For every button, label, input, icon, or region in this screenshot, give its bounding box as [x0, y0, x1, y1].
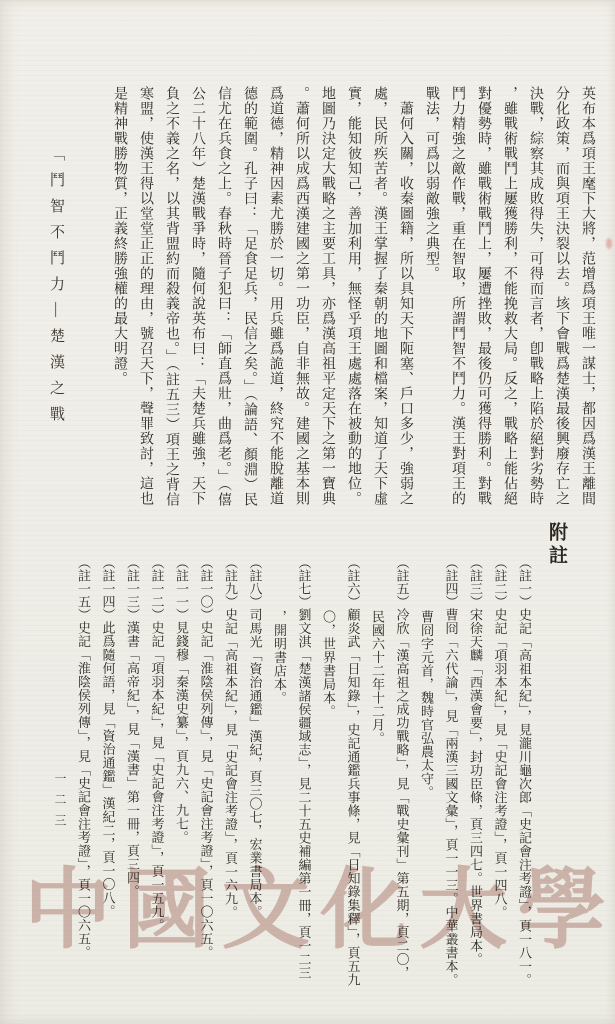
note-text: 劉文淇「楚漢諸侯疆域志」，見二十五史補編第一冊，頁一二三，開明書店本。	[272, 608, 312, 980]
note-label: （註三）	[468, 556, 483, 608]
note-item: （註一五）史記「淮陰侯列傳」，見「史記會注考證」，頁一〇六五。	[71, 556, 96, 988]
notes-section: 附註 （註一）史記「高祖本紀」，見瀧川龜次郎「史記會注考證」，頁一八一。（註二）…	[71, 522, 571, 988]
notes-list: （註一）史記「高祖本紀」，見瀧川龜次郎「史記會注考證」，頁一八一。（註二）史記「…	[71, 522, 537, 988]
note-text: 見錢穆「秦漢史纂」，頁九六、九七。	[174, 621, 189, 844]
note-label: （註一〇）	[199, 556, 214, 621]
note-label: （註一）	[517, 556, 532, 608]
note-label: （註一四）	[101, 556, 116, 621]
note-label: （註九）	[223, 556, 238, 608]
note-item: （註九）史記「高祖本紀」，見「史記會注考證」，頁一六九。	[218, 556, 243, 988]
note-text: 司馬光「資治通鑑」漢紀，頁三〇七，宏業書局本。	[248, 608, 263, 919]
note-item: （註五）冷欣「漢高祖之成功戰略」，見「戰史彙刊」第五期，頁二〇，民國六十二年十二…	[365, 556, 414, 988]
note-item: （註八）司馬光「資治通鑑」漢紀，頁三〇七，宏業書局本。	[242, 556, 267, 988]
note-item: （註一四）此爲隨何語，見「資治通鑑」漢紀二，頁一〇八。	[95, 556, 120, 988]
note-label: （註一一）	[174, 556, 189, 621]
ink-speck	[606, 238, 612, 249]
note-text: 史記「高祖本紀」，見瀧川龜次郎「史記會注考證」，頁一八一。	[517, 608, 532, 987]
note-item: （註四）曹冏「六代論」，見「兩漢三國文彙」，頁一一三。中華叢書本。曹冏字元首，魏…	[414, 556, 463, 988]
note-text: 史記「高祖本紀」，見「史記會注考證」，頁一六九。	[223, 608, 238, 919]
note-text: 顧炎武「日知錄」，史記通鑑兵事條，見「日知錄集釋」，頁五九〇，世界書局本。	[321, 608, 361, 987]
note-text: 漢書「高帝紀」，見「漢書」第一冊，頁三四。	[125, 621, 140, 898]
note-item: （註一一）見錢穆「秦漢史纂」，頁九六、九七。	[169, 556, 194, 988]
note-text: 此爲隨何語，見「資治通鑑」漢紀二，頁一〇八。	[101, 621, 116, 918]
note-label: （註五）	[395, 556, 410, 608]
note-item: （註六）顧炎武「日知錄」，史記通鑑兵事條，見「日知錄集釋」，頁五九〇，世界書局本…	[316, 556, 365, 988]
running-title: 「鬥智不鬥力—楚漢之戰	[46, 146, 67, 432]
note-label: （註一三）	[125, 556, 140, 621]
note-label: （註四）	[444, 556, 459, 608]
note-label: （註一二）	[150, 556, 165, 621]
note-text: 曹冏「六代論」，見「兩漢三國文彙」，頁一一三。中華叢書本。曹冏字元首，魏時官弘農…	[419, 608, 459, 987]
main-text: 英布本爲項王麾下大將，范增爲項王唯一謀士，都因爲漢王離間分化政策，而與項王決裂以…	[106, 86, 600, 510]
scanned-book-page: 「鬥智不鬥力—楚漢之戰 英布本爲項王麾下大將，范增爲項王唯一謀士，都因爲漢王離間…	[0, 0, 615, 1024]
note-item: （註三）宋徐天麟「西漢會要」，封功臣條，頁三四七。世界書局本。	[463, 556, 488, 988]
note-label: （註七）	[297, 556, 312, 608]
note-text: 史記「項羽本紀」，見「史記會注考證」，頁一五九。	[150, 621, 165, 932]
note-item: （註一）史記「高祖本紀」，見瀧川龜次郎「史記會注考證」，頁一八一。	[512, 556, 537, 988]
note-label: （註二）	[493, 556, 508, 608]
note-item: （註二）史記「項羽本紀」，見「史記會注考證」，頁一四八。	[487, 556, 512, 988]
note-text: 史記「淮陰侯列傳」，見「史記會注考證」，頁一〇六五。	[199, 621, 214, 959]
page-number: 一二三	[52, 772, 69, 835]
note-item: （註一三）漢書「高帝紀」，見「漢書」第一冊，頁三四。	[120, 556, 145, 988]
body-paragraph: 蕭何入關，收秦圖籍，所以具知天下阨塞、戶口多少，強弱之處，民所疾苦者。漢王掌握了…	[106, 86, 418, 510]
note-label: （註一五）	[76, 556, 91, 621]
body-paragraph: 英布本爲項王麾下大將，范增爲項王唯一謀士，都因爲漢王離間分化政策，而與項王決裂以…	[418, 86, 600, 510]
note-label: （註六）	[346, 556, 361, 608]
note-text: 冷欣「漢高祖之成功戰略」，見「戰史彙刊」第五期，頁二〇，民國六十二年十二月。	[370, 608, 410, 980]
note-item: （註七）劉文淇「楚漢諸侯疆域志」，見二十五史補編第一冊，頁一二三，開明書店本。	[267, 556, 316, 988]
note-item: （註一〇）史記「淮陰侯列傳」，見「史記會注考證」，頁一〇六五。	[193, 556, 218, 988]
note-text: 史記「項羽本紀」，見「史記會注考證」，頁一四八。	[493, 608, 508, 919]
note-text: 宋徐天麟「西漢會要」，封功臣條，頁三四七。世界書局本。	[468, 608, 483, 966]
notes-heading: 附註	[543, 522, 570, 988]
note-item: （註一二）史記「項羽本紀」，見「史記會注考證」，頁一五九。	[144, 556, 169, 988]
note-text: 史記「淮陰侯列傳」，見「史記會注考證」，頁一〇六五。	[76, 621, 91, 959]
note-label: （註八）	[248, 556, 263, 608]
